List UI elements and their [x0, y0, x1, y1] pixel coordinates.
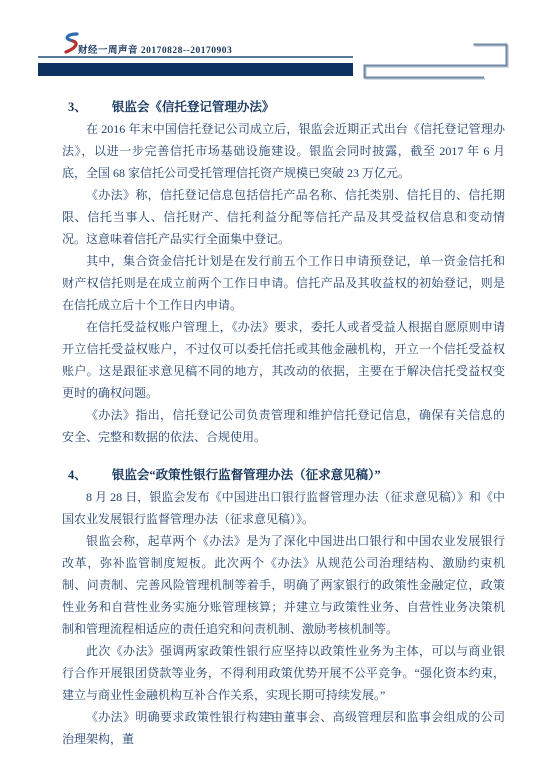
section-4-paragraph-2: 银监会称，起草两个《办法》是为了深化中国进出口银行和中国农业发展银行改革，弥补监…: [62, 530, 505, 640]
section-3-paragraph-1: 在 2016 年末中国信托登记公司成立后，银监会近期正式出台《信托登记管理办法》…: [62, 118, 505, 184]
corner-decoration-line: [355, 35, 515, 85]
document-body: 3、 银监会《信托登记管理办法》 在 2016 年末中国信托登记公司成立后，银监…: [62, 96, 505, 750]
section-4-heading: 4、 银监会“政策性银行监督管理办法（征求意见稿）”: [62, 464, 505, 486]
section-3-paragraph-2: 《办法》称，信托登记信息包括信托产品名称、信托类别、信托目的、信托期限、信托当事…: [62, 184, 505, 250]
section-3-number: 3、: [68, 100, 87, 114]
section-4-paragraph-1: 8 月 28 日，银监会发布《中国进出口银行监督管理办法（征求意见稿）》和《中国…: [62, 486, 505, 530]
section-3-paragraph-3: 其中，集合资金信托计划是在发行前五个工作日申请预登记，单一资金信托和财产权信托则…: [62, 250, 505, 316]
section-3-title: 银监会《信托登记管理办法》: [112, 100, 275, 114]
section-4-paragraph-3: 此次《办法》强调两家政策性银行应坚持以政策性业务为主体，可以与商业银行合作开展银…: [62, 640, 505, 706]
section-3-paragraph-4: 在信托受益权账户管理上，《办法》要求，委托人或者受益人根据自愿原则申请开立信托受…: [62, 316, 505, 404]
section-3-paragraph-5: 《办法》指出，信托登记公司负责管理和维护信托登记信息，确保有关信息的安全、完整和…: [62, 404, 505, 448]
section-4-title: 银监会“政策性银行监督管理办法（征求意见稿）”: [112, 468, 381, 482]
section-3-heading: 3、 银监会《信托登记管理办法》: [62, 96, 505, 118]
header-accent-bar: [38, 63, 353, 76]
header-title: 财经一周声音 20170828--20170903: [78, 42, 232, 56]
page-number: 5: [269, 712, 274, 722]
page-header: 财经一周声音 20170828--20170903: [38, 30, 353, 58]
section-4-number: 4、: [68, 468, 87, 482]
page-footer: 5: [0, 706, 543, 724]
brand-logo-icon: [58, 32, 80, 56]
document-page: 财经一周声音 20170828--20170903 3、 银监会《信托登记管理办…: [0, 0, 543, 768]
